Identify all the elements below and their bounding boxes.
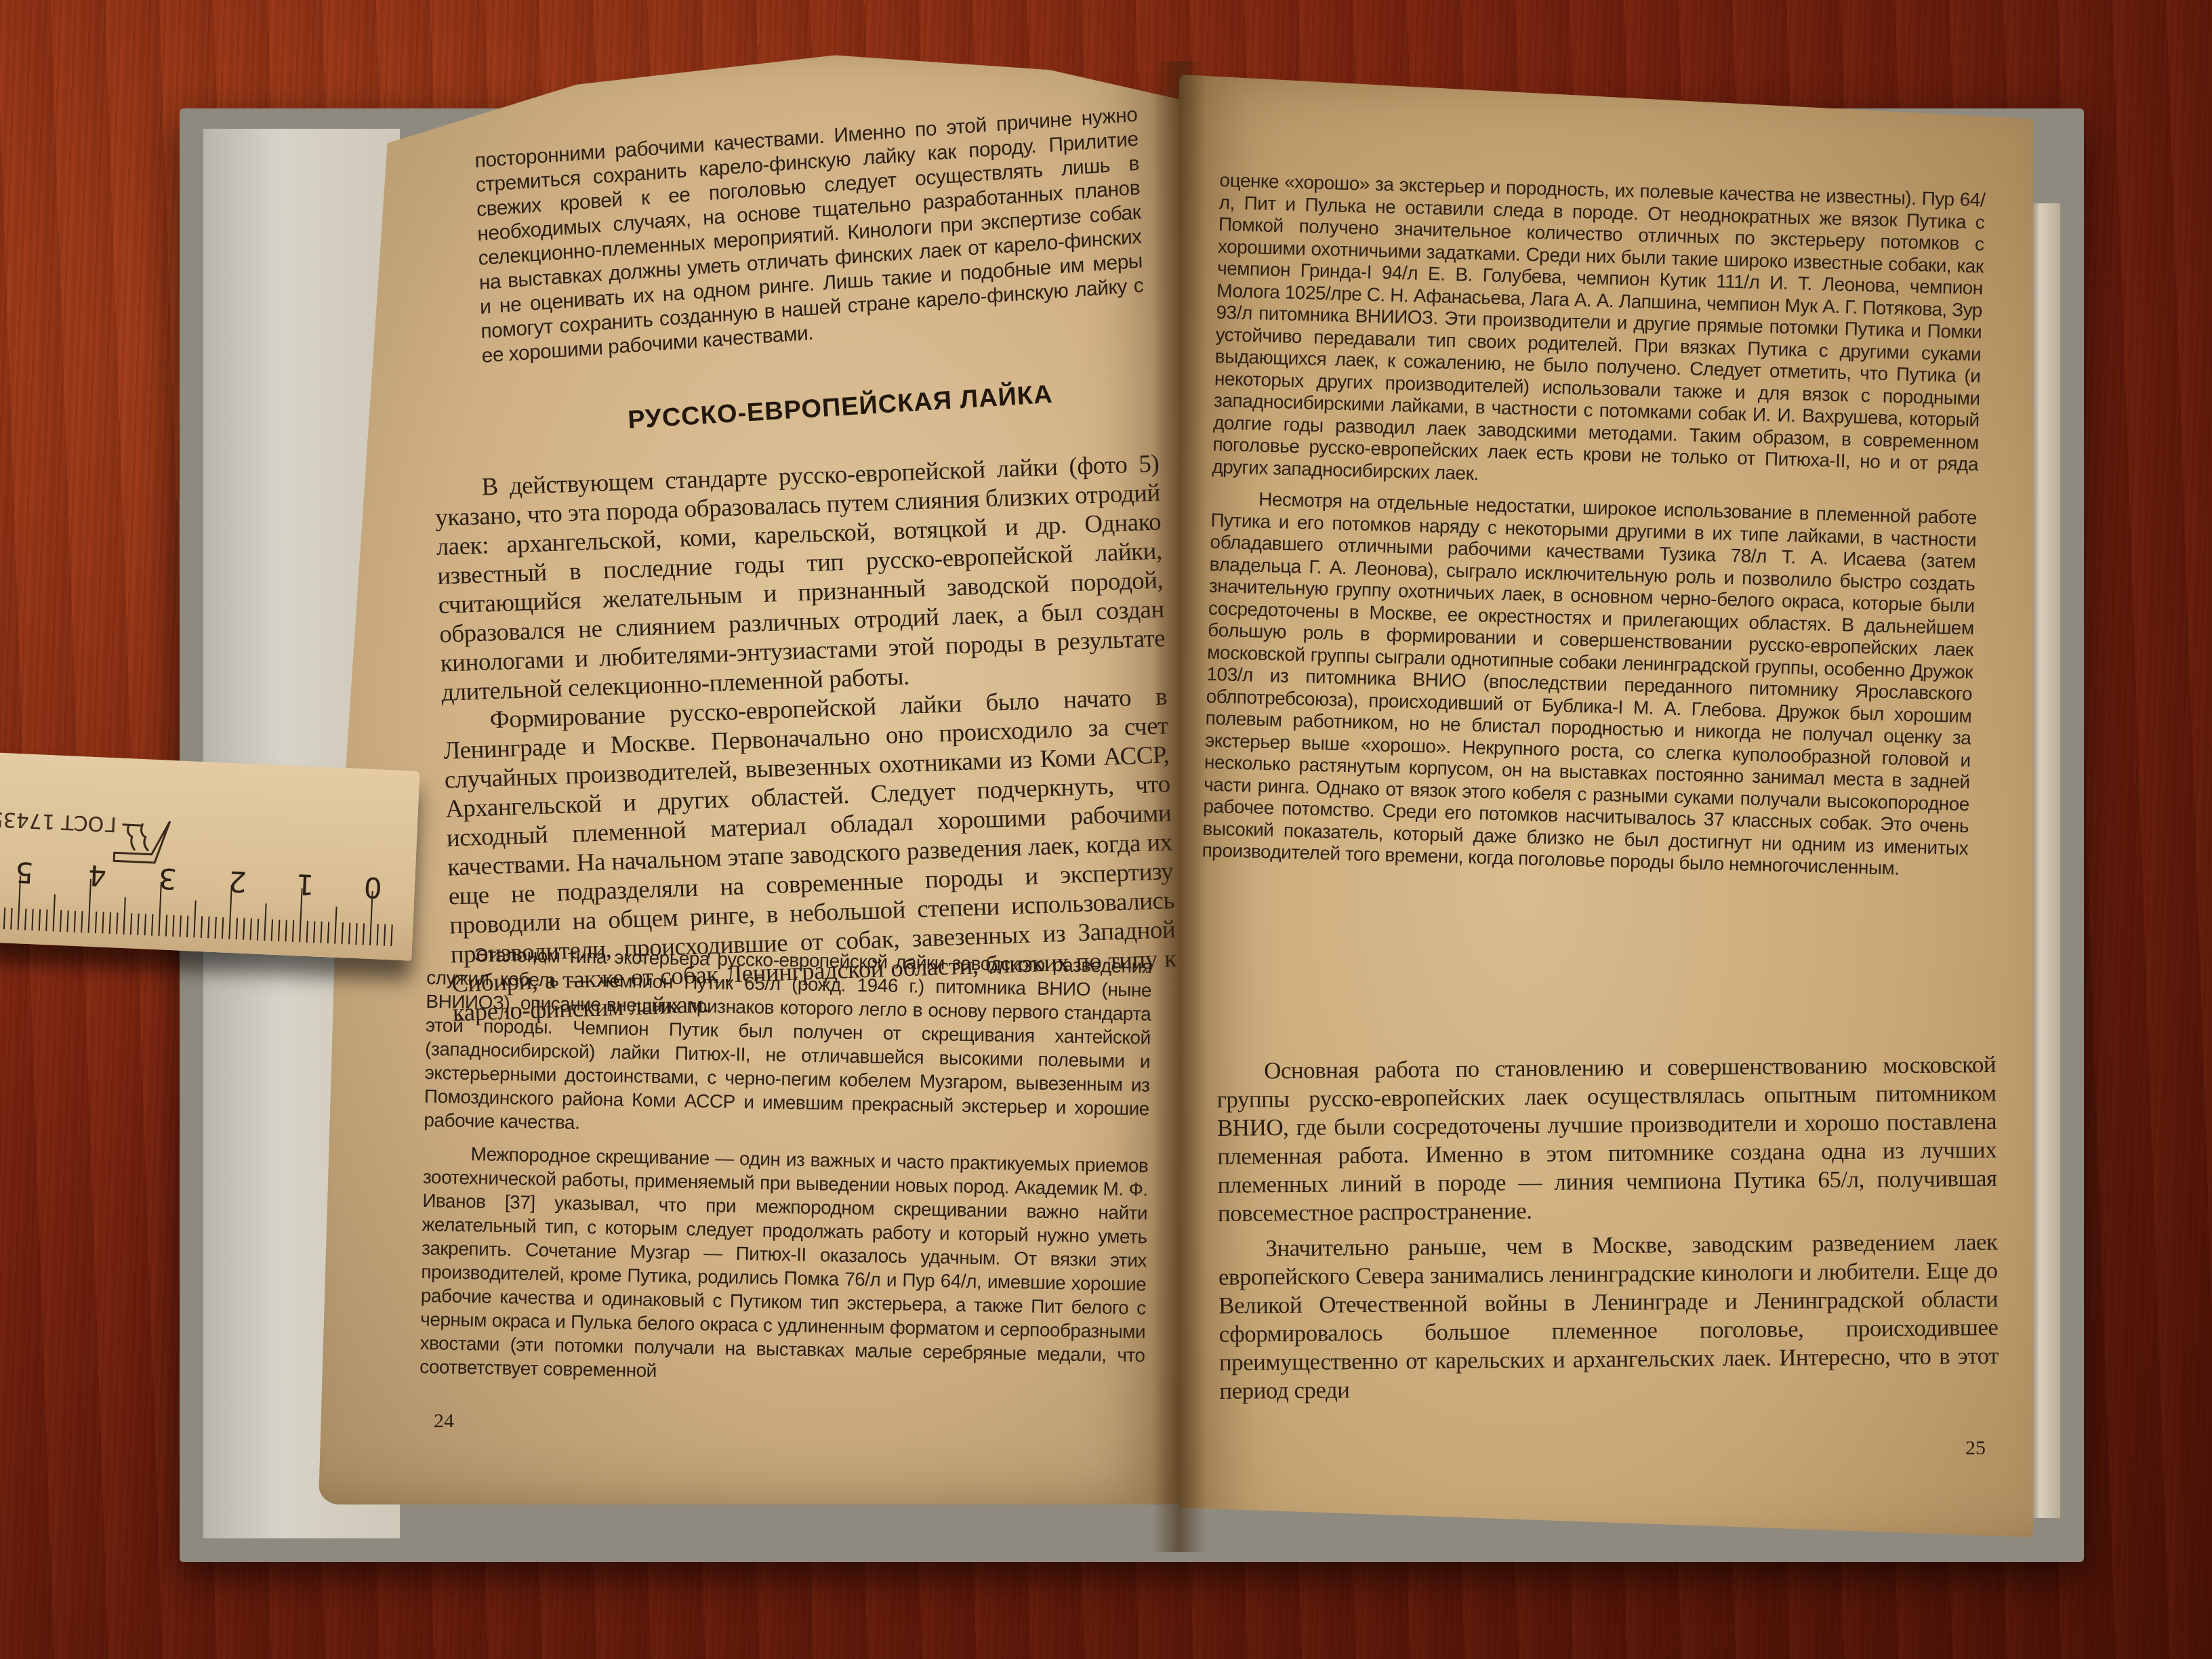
left-main-text: В действующем стандарте русско-европейск… [434,449,1178,1028]
paragraph: Значительно раньше, чем в Москве, заводс… [1218,1228,1999,1406]
page-number: 24 [434,1410,454,1433]
paragraph: В действующем стандарте русско-европейск… [434,449,1166,708]
wooden-ruler: ГОСТ 17435 0 1 2 3 4 5 [0,752,419,961]
right-small-text: оценке «хорошо» за экстерьер и породност… [1202,169,1985,882]
paragraph: Эталоном типа экстерьера русско-европейс… [424,942,1152,1145]
paragraph: Межпородное скрещивание — один из важных… [419,1141,1149,1391]
paragraph-text: посторонними рабочими качествами. Именно… [474,103,1145,369]
book-gutter [1152,61,1206,1552]
ruler-standard-label: ГОСТ 17435 [0,806,117,836]
paragraph: Основная работа по становлению и соверше… [1216,1050,1997,1228]
right-page: оценке «хорошо» за экстерьер и породност… [1179,75,2033,1552]
section-title: РУССКО-ЕВРОПЕЙСКАЯ ЛАЙКА [602,379,1078,437]
page-number: 25 [1965,1437,1986,1460]
left-page: посторонними рабочими качествами. Именно… [319,41,1179,1504]
left-top-paragraph: посторонними рабочими качествами. Именно… [474,103,1145,369]
paragraph: оценке «хорошо» за экстерьер и породност… [1212,169,1986,497]
right-large-text: Основная работа по становлению и соверше… [1216,1050,1999,1406]
paragraph: Несмотря на отдельные недостатки, широко… [1202,487,1977,882]
left-small-text: Эталоном типа экстерьера русско-европейс… [419,942,1152,1391]
